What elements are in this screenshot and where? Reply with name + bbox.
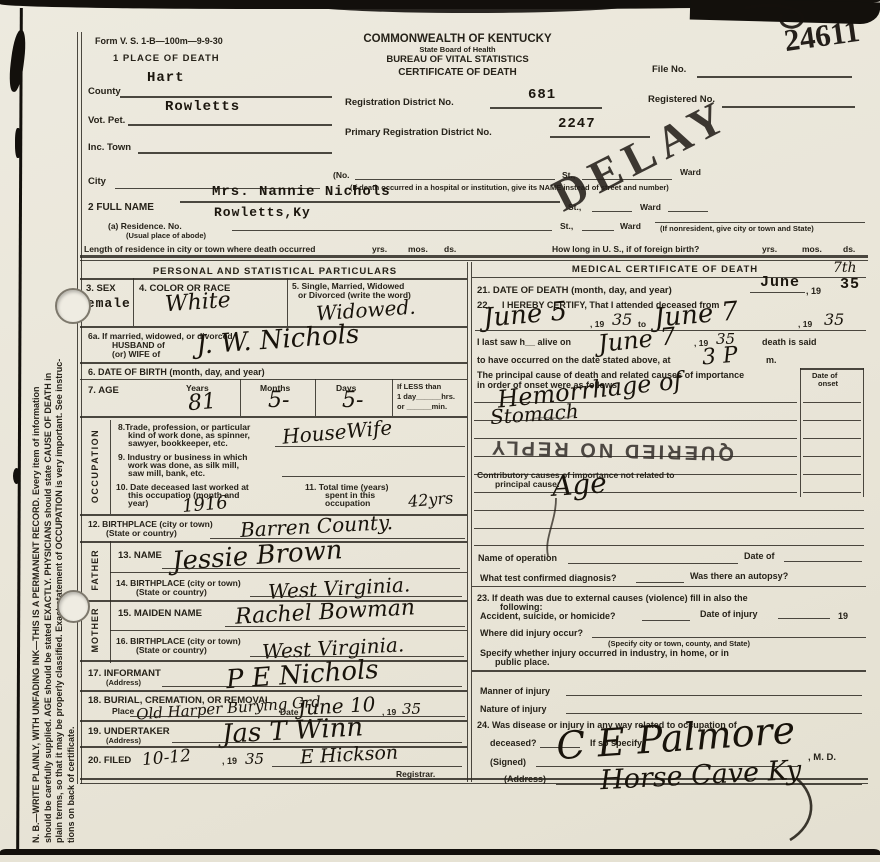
how-long-us-label: How long in U. S., if of foreign birth? <box>552 244 699 254</box>
rule <box>240 379 241 416</box>
filed-label: 20. FILED <box>88 755 131 766</box>
rule <box>697 76 852 78</box>
deceased-label: deceased? <box>490 738 537 748</box>
scan-edge-left-blob <box>15 128 21 158</box>
occupation-vertical-label: OCCUPATION <box>90 420 100 512</box>
rule <box>803 438 861 439</box>
filed-year-value: 35 <box>245 750 264 768</box>
contributory-label-2: principal cause: <box>495 479 560 489</box>
years-value: 81 <box>187 389 217 416</box>
primary-registration-label: Primary Registration District No. <box>345 127 492 138</box>
length-residence-label: Length of residence in city or town wher… <box>84 244 315 254</box>
rule <box>722 106 855 108</box>
rule <box>803 492 861 493</box>
wife-of-label: (or) WIFE of <box>112 349 160 359</box>
rule <box>668 211 708 212</box>
rule <box>133 278 134 326</box>
mos-label: mos. <box>802 244 822 254</box>
rule <box>80 278 467 280</box>
date-of-death-year: 35 <box>840 276 860 293</box>
rule <box>80 746 467 748</box>
manner-of-injury-label: Manner of injury <box>480 686 550 696</box>
rule <box>80 690 467 692</box>
header-bureau: BUREAU OF VITAL STATISTICS <box>330 54 585 65</box>
scan-edge-top-right <box>690 0 880 24</box>
margin-note-line: plain terms, so that it may be properly … <box>54 37 66 843</box>
undertaker-address-label: (Address) <box>106 736 141 745</box>
father-vertical-label: FATHER <box>90 541 100 599</box>
scan-edge-left-blob <box>7 29 27 92</box>
time-of-death-value: 3 P <box>701 342 739 370</box>
rule <box>750 292 805 293</box>
county-label: County <box>88 86 121 97</box>
rule <box>110 420 111 514</box>
months-value: 5- <box>268 388 289 413</box>
rule <box>472 586 866 587</box>
informant-address-label: (Address) <box>106 678 141 687</box>
nonresident-note: (If nonresident, give city or town and S… <box>660 224 814 233</box>
rule <box>232 230 552 231</box>
rule <box>282 476 465 477</box>
full-name-place-value: Rowletts,Ky <box>214 205 311 220</box>
total-time-value: 42yrs <box>407 488 454 511</box>
injury-19-printed: 19 <box>838 611 848 621</box>
rule <box>80 260 868 261</box>
yrs-label: yrs. <box>762 244 777 254</box>
margin-note-line: tions on back of certificate. <box>66 37 78 843</box>
rule <box>568 563 738 564</box>
ds-label: ds. <box>843 244 855 254</box>
file-no-label: File No. <box>652 64 686 75</box>
abode-note: (Usual place of abode) <box>126 231 206 240</box>
father-birthplace-label-2: (State or country) <box>136 587 207 597</box>
rule <box>275 446 465 447</box>
registrar-label: Registrar. <box>396 769 435 779</box>
residence-st-label: St., <box>560 221 573 231</box>
rule <box>490 107 602 109</box>
scan-edge-bottom <box>0 849 880 855</box>
full-name-label: 2 FULL NAME <box>88 202 154 213</box>
rule <box>138 152 332 154</box>
father-name-label: 13. NAME <box>118 550 162 561</box>
rule <box>803 420 861 421</box>
primary-registration-value: 2247 <box>558 116 596 132</box>
birthplace-label-2: (State or country) <box>106 528 177 538</box>
header-commonwealth: COMMONWEALTH OF KENTUCKY <box>330 33 585 45</box>
county-value: Hart <box>147 70 185 86</box>
registration-district-value: 681 <box>528 87 556 103</box>
rule <box>474 545 864 546</box>
registration-district-label: Registration District No. <box>345 97 454 108</box>
rule <box>803 456 861 457</box>
trade-label-3: sawyer, bookkeeper, etc. <box>128 438 228 448</box>
place-of-death-heading: 1 PLACE OF DEATH <box>113 53 220 64</box>
rule <box>110 572 467 573</box>
date-of-injury-label: Date of injury <box>700 609 758 619</box>
rule <box>863 368 864 497</box>
registrar-signature: E Hickson <box>299 741 398 768</box>
rule <box>592 211 632 212</box>
rule <box>162 686 462 687</box>
margin-note: N. B.—WRITE PLAINLY, WITH UNFADING INK—T… <box>31 37 77 843</box>
rule <box>471 262 472 782</box>
rule <box>800 368 864 370</box>
name-ward-label: Ward <box>640 202 661 212</box>
last-saw-label: I last saw h__ alive on <box>477 337 571 347</box>
rule <box>566 695 862 696</box>
margin-note-line: should be carefully supplied. AGE should… <box>43 37 55 843</box>
rule <box>110 630 467 631</box>
ds-label: ds. <box>444 244 456 254</box>
sex-label: 3. SEX <box>86 283 116 294</box>
maiden-name-label: 15. MAIDEN NAME <box>118 608 202 619</box>
mother-birthplace-label-2: (State or country) <box>136 645 207 655</box>
rule <box>110 600 111 663</box>
operation-label: Name of operation <box>478 553 557 563</box>
occurred-label: to have occurred on the date stated abov… <box>477 355 671 365</box>
address-label: (Address) <box>504 774 546 784</box>
city-no-label: (No. <box>333 170 350 180</box>
punch-hole <box>57 590 90 623</box>
accident-label: Accident, suicide, or homicide? <box>480 611 616 621</box>
inc-town-label: Inc. Town <box>88 142 131 153</box>
rule <box>272 766 462 767</box>
personal-particulars-title: PERSONAL AND STATISTICAL PARTICULARS <box>110 266 440 277</box>
rule <box>120 96 332 98</box>
rule <box>474 492 797 493</box>
rule <box>250 596 462 597</box>
specify-whether-label-2: public place. <box>495 657 550 667</box>
rule <box>225 626 465 627</box>
full-name-value: Mrs. Nannie Nichols <box>212 184 391 200</box>
scan-edge-top-blob <box>300 0 640 13</box>
total-time-label-3: occupation <box>325 498 370 508</box>
margin-note-line: N. B.—WRITE PLAINLY, WITH UNFADING INK—T… <box>31 37 43 843</box>
rule <box>800 368 801 497</box>
rule <box>180 201 560 203</box>
date-of-death-month: June <box>760 274 800 291</box>
dod-19-printed: , 19 <box>806 286 821 296</box>
rule <box>472 277 866 278</box>
residence-label: (a) Residence. No. <box>108 221 182 231</box>
filed-date-value: 10-12 <box>141 746 192 770</box>
rule <box>392 379 393 416</box>
color-race-value: White <box>164 288 231 318</box>
voting-precinct-value: Rowletts <box>165 99 240 115</box>
death-is-said-label: death is said <box>762 337 817 347</box>
header-board: State Board of Health <box>330 45 585 54</box>
death-certificate-scan: N. B.—WRITE PLAINLY, WITH UNFADING INK—T… <box>0 0 880 862</box>
date-of-death-day: 7th <box>833 260 857 276</box>
to-19-printed: , 19 <box>798 319 812 329</box>
scan-edge-left-blob <box>13 468 20 484</box>
attended-to-year: 35 <box>824 310 844 329</box>
voting-precinct-label: Vot. Pet. <box>88 115 125 126</box>
rule <box>778 618 830 619</box>
rule <box>582 230 614 231</box>
mos-label: mos. <box>408 244 428 254</box>
filed-19-printed: , 19 <box>222 756 237 766</box>
attended-from-value: June 5 <box>482 296 568 333</box>
rule <box>803 474 861 475</box>
rule <box>803 402 861 403</box>
date-of-birth-label: 6. DATE OF BIRTH (month, day, and year) <box>88 367 265 377</box>
date-of-onset-label-2: onset <box>818 379 838 388</box>
rule <box>315 379 316 416</box>
rule <box>474 528 864 529</box>
city-label: City <box>88 176 106 187</box>
rule <box>655 222 865 223</box>
mother-vertical-label: MOTHER <box>90 600 100 660</box>
rule <box>81 32 82 784</box>
rule <box>642 620 690 621</box>
burial-place-label: Place <box>112 706 134 716</box>
header-certificate: CERTIFICATE OF DEATH <box>330 67 585 78</box>
test-confirmed-label: What test confirmed diagnosis? <box>480 573 617 583</box>
yrs-label: yrs. <box>372 244 387 254</box>
nature-of-injury-label: Nature of injury <box>480 704 547 714</box>
industry-label-3: saw mill, bank, etc. <box>128 468 205 478</box>
form-number: Form V. S. 1-B—100m—9-9-30 <box>95 36 223 46</box>
punch-hole <box>55 288 91 324</box>
rule <box>467 262 468 782</box>
rule <box>784 561 862 562</box>
rule <box>474 510 864 511</box>
rule <box>162 568 460 569</box>
last-worked-label-3: year) <box>128 498 148 508</box>
autopsy-label: Was there an autopsy? <box>690 571 788 581</box>
rule <box>110 541 111 601</box>
signed-label: (Signed) <box>490 757 526 767</box>
rule <box>172 742 462 743</box>
rule <box>472 670 866 672</box>
rule <box>80 362 467 364</box>
trade-value: HouseWife <box>281 415 393 449</box>
rule <box>80 255 868 258</box>
specify-city-note: (Specify city or town, county, and State… <box>608 639 750 648</box>
date-of-label: Date of <box>744 551 775 561</box>
less-than-label-2: 1 day______hrs. <box>397 392 455 401</box>
rule <box>80 379 467 380</box>
rule <box>77 32 78 784</box>
where-injury-label: Where did injury occur? <box>480 628 583 638</box>
less-than-label-3: or ______min. <box>397 402 447 411</box>
contributory-value: Age <box>551 466 608 503</box>
rule <box>80 416 467 418</box>
rule <box>355 179 555 180</box>
less-than-label-1: If LESS than <box>397 382 441 391</box>
rule <box>287 278 288 326</box>
last-saw-date: June 7 <box>597 322 677 358</box>
cause-of-death-line-2: Stomach <box>489 399 579 429</box>
rule <box>636 582 684 583</box>
date-of-death-label: 21. DATE OF DEATH (month, day, and year) <box>477 285 672 296</box>
m-label: m. <box>766 355 777 365</box>
from-19-printed: , 19 <box>590 319 604 329</box>
residence-ward-label: Ward <box>620 221 641 231</box>
md-label: , M. D. <box>808 752 836 763</box>
days-value: 5- <box>342 388 363 413</box>
rule <box>128 124 332 126</box>
city-ward-label: Ward <box>680 167 701 177</box>
age-label: 7. AGE <box>88 385 119 396</box>
